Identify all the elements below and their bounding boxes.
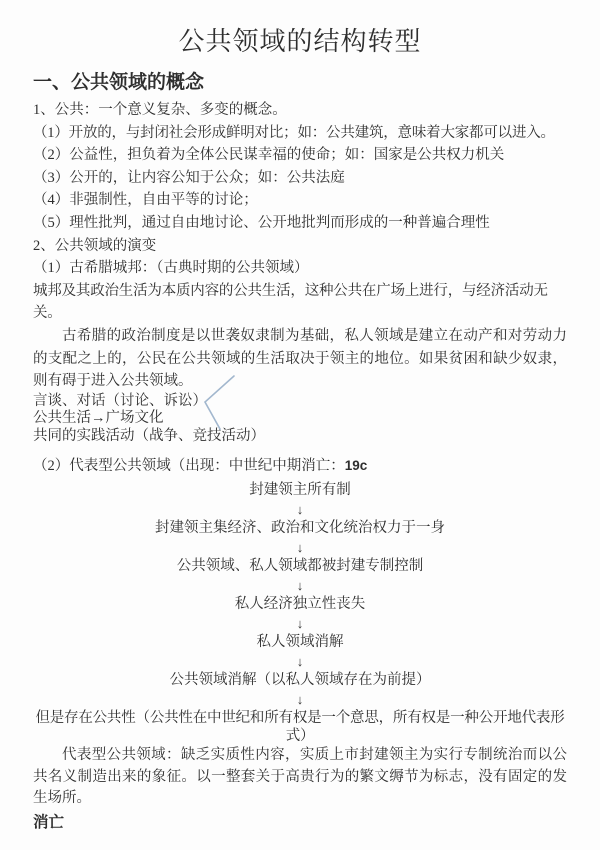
feature-item-1: （1）开放的，与封闭社会形成鲜明对比；如：公共建筑，意味着大家都可以进入。 xyxy=(33,122,567,145)
down-arrow-icon: ↓ xyxy=(33,576,567,595)
greek-polis-heading: （1）古希腊城邦：（古典时期的公共领域） xyxy=(33,257,567,280)
representative-heading-text: （2）代表型公共领域（出现：中世纪中期消亡： xyxy=(33,458,345,474)
flow-step-1: 封建领主所有制 xyxy=(33,481,567,500)
representative-sphere-heading: （2）代表型公共领域（出现：中世纪中期消亡：19c xyxy=(33,455,567,478)
evolution-heading: 2、公共领域的演变 xyxy=(33,235,567,258)
document-page: 公共领域的结构转型 一、公共领域的概念 1、公共：一个意义复杂、多变的概念。 （… xyxy=(0,0,600,850)
section-1-heading: 一、公共领域的概念 xyxy=(33,69,567,96)
down-arrow-icon: ↓ xyxy=(33,690,567,709)
down-arrow-icon: ↓ xyxy=(33,500,567,519)
greek-activity-2: 公共生活→广场文化 xyxy=(33,410,567,428)
greek-paragraph-1: 城邦及其政治生活为本质内容的公共生活，这种公共在广场上进行，与经济活动无关。 xyxy=(33,280,567,325)
flow-step-4: 私人经济独立性丧失 xyxy=(33,595,567,614)
representative-description: 代表型公共领域：缺乏实质性内容，实质上市封建领主为实行专制统治而以公共名义制造出… xyxy=(33,745,567,810)
feature-item-2: （2）公益性，担负着为全体公民谋幸福的使命；如：国家是公共权力机关 xyxy=(33,144,567,167)
greek-activities-list: 言谈、对话（讨论、诉讼） 公共生活→广场文化 共同的实践活动（战争、竞技活动） xyxy=(33,393,567,446)
greek-activity-3: 共同的实践活动（战争、竞技活动） xyxy=(33,428,567,446)
flow-step-7: 但是存在公共性（公共性在中世纪和所有权是一个意思，所有权是一种公开地代表形式） xyxy=(33,709,567,745)
concept-intro: 1、公共：一个意义复杂、多变的概念。 xyxy=(33,99,567,122)
feature-item-4: （4）非强制性，自由平等的讨论； xyxy=(33,189,567,212)
down-arrow-icon: ↓ xyxy=(33,652,567,671)
representative-heading-year: 19c xyxy=(345,458,368,473)
flow-step-5: 私人领域消解 xyxy=(33,633,567,652)
document-title: 公共领域的结构转型 xyxy=(33,24,567,60)
down-arrow-icon: ↓ xyxy=(33,614,567,633)
feature-item-5: （5）理性批判，通过自由地讨论、公开地批判而形成的一种普遍合理性 xyxy=(33,212,567,235)
feature-item-3: （3）公开的，让内容公知于公众；如：公共法庭 xyxy=(33,167,567,190)
greek-paragraph-2: 古希腊的政治制度是以世袭奴隶制为基础，私人领域是建立在动产和对劳动力的支配之上的… xyxy=(33,325,567,393)
flow-step-2: 封建领主集经济、政治和文化统治权力于一身 xyxy=(33,519,567,538)
extinction-label: 消亡 xyxy=(33,812,567,833)
feudal-flowchart: 封建领主所有制 ↓ 封建领主集经济、政治和文化统治权力于一身 ↓ 公共领域、私人… xyxy=(33,481,567,745)
down-arrow-icon: ↓ xyxy=(33,538,567,557)
flow-step-3: 公共领域、私人领域都被封建专制控制 xyxy=(33,557,567,576)
greek-activity-1: 言谈、对话（讨论、诉讼） xyxy=(33,393,567,411)
flow-step-6: 公共领域消解（以私人领域存在为前提） xyxy=(33,671,567,690)
